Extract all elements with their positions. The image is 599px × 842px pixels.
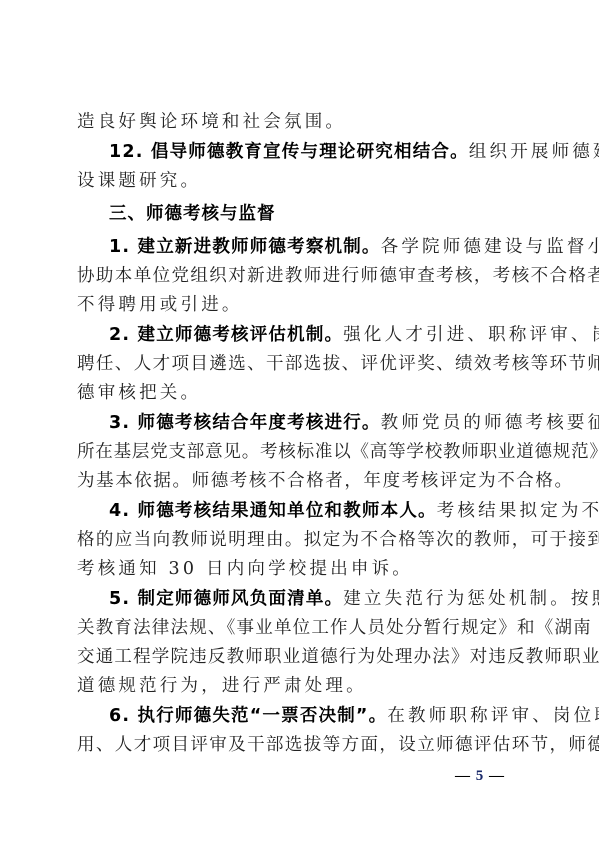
body-text: 所在基层党支部意见。考核标准以《高等学校教师职业道德规范》 [77,442,599,462]
body-text: 道德规范行为，进行严肃处理。 [77,676,367,696]
paragraph-line: 6. 执行师德失范“一票否决制”。在教师职称评审、岗位聘 [109,705,519,727]
body-text: 格的应当向教师说明理由。拟定为不合格等次的教师，可于接到 [77,530,599,550]
paragraph-line: 关教育法律法规、《事业单位工作人员处分暂行规定》和《湖南 [77,617,519,639]
paragraph-line: 12. 倡导师德教育宣传与理论研究相结合。组织开展师德建 [109,141,519,163]
page-number-value: 5 [476,768,485,784]
paragraph-line: 造良好舆论环境和社会氛围。 [77,111,519,133]
paragraph-line: 4. 师德考核结果通知单位和教师本人。考核结果拟定为不合 [109,500,519,522]
page-dash-right: — [489,768,505,784]
paragraph-line: 为基本依据。师德考核不合格者，年度考核评定为不合格。 [77,470,519,492]
paragraph-line: 考核通知 30 日内向学校提出申诉。 [77,558,519,580]
page-number: — 5 — [455,768,505,785]
section-heading: 三、师德考核与监督 [109,203,519,225]
body-text: 不得聘用或引进。 [77,295,243,315]
body-text: 造良好舆论环境和社会氛围。 [77,112,346,132]
body-text: 协助本单位党组织对新进教师进行师德审查考核，考核不合格者， [77,266,599,286]
item-title: 1. 建立新进教师师德考察机制。 [109,237,381,257]
paragraph-line: 聘任、人才项目遴选、干部选拔、评优评奖、绩效考核等环节师 [77,353,519,375]
paragraph-line: 用、人才项目评审及干部选拔等方面，设立师德评估环节，师德 [77,734,519,756]
body-text: 考核通知 30 日内向学校提出申诉。 [77,559,413,579]
body-text: 考核结果拟定为不合 [437,501,599,521]
body-text: 强化人才引进、职称评审、岗位 [343,325,599,345]
body-text: 聘任、人才项目遴选、干部选拔、评优评奖、绩效考核等环节师 [77,354,599,374]
paragraph-line: 5. 制定师德师风负面清单。建立失范行为惩处机制。按照相 [109,588,519,610]
section-heading-text: 三、师德考核与监督 [109,204,276,224]
item-title: 12. 倡导师德教育宣传与理论研究相结合。 [109,142,469,162]
paragraph-line: 协助本单位党组织对新进教师进行师德审查考核，考核不合格者， [77,265,519,287]
body-text: 各学院师德建设与监督小组 [381,237,599,257]
paragraph-line: 道德规范行为，进行严肃处理。 [77,675,519,697]
paragraph-line: 交通工程学院违反教师职业道德行为处理办法》对违反教师职业 [77,646,519,668]
paragraph-line: 1. 建立新进教师师德考察机制。各学院师德建设与监督小组 [109,236,519,258]
body-text: 在教师职称评审、岗位聘 [387,706,599,726]
paragraph-line: 所在基层党支部意见。考核标准以《高等学校教师职业道德规范》 [77,441,519,463]
paragraph-line: 格的应当向教师说明理由。拟定为不合格等次的教师，可于接到 [77,529,519,551]
item-title: 5. 制定师德师风负面清单。 [109,589,343,609]
paragraph-line: 2. 建立师德考核评估机制。强化人才引进、职称评审、岗位 [109,324,519,346]
paragraph-line: 德审核把关。 [77,382,519,404]
item-title: 3. 师德考核结合年度考核进行。 [109,413,381,433]
paragraph-line: 设课题研究。 [77,170,519,192]
item-title: 2. 建立师德考核评估机制。 [109,325,343,345]
body-text: 设课题研究。 [77,171,201,191]
body-text: 建立失范行为惩处机制。按照相 [343,589,599,609]
page-dash-left: — [455,768,471,784]
item-title: 4. 师德考核结果通知单位和教师本人。 [109,501,437,521]
paragraph-line: 3. 师德考核结合年度考核进行。教师党员的师德考核要征求 [109,412,519,434]
paragraph-line: 不得聘用或引进。 [77,294,519,316]
body-text: 教师党员的师德考核要征求 [381,413,599,433]
item-title: 6. 执行师德失范“一票否决制”。 [109,706,387,726]
body-text: 组织开展师德建 [469,142,599,162]
body-text: 德审核把关。 [77,383,201,403]
body-text: 为基本依据。师德考核不合格者，年度考核评定为不合格。 [77,471,574,491]
body-text: 关教育法律法规、《事业单位工作人员处分暂行规定》和《湖南 [77,618,592,638]
body-text: 交通工程学院违反教师职业道德行为处理办法》对违反教师职业 [77,647,599,667]
body-text: 用、人才项目评审及干部选拔等方面，设立师德评估环节，师德 [77,735,599,755]
document-page: 造良好舆论环境和社会氛围。 12. 倡导师德教育宣传与理论研究相结合。组织开展师… [0,0,599,842]
